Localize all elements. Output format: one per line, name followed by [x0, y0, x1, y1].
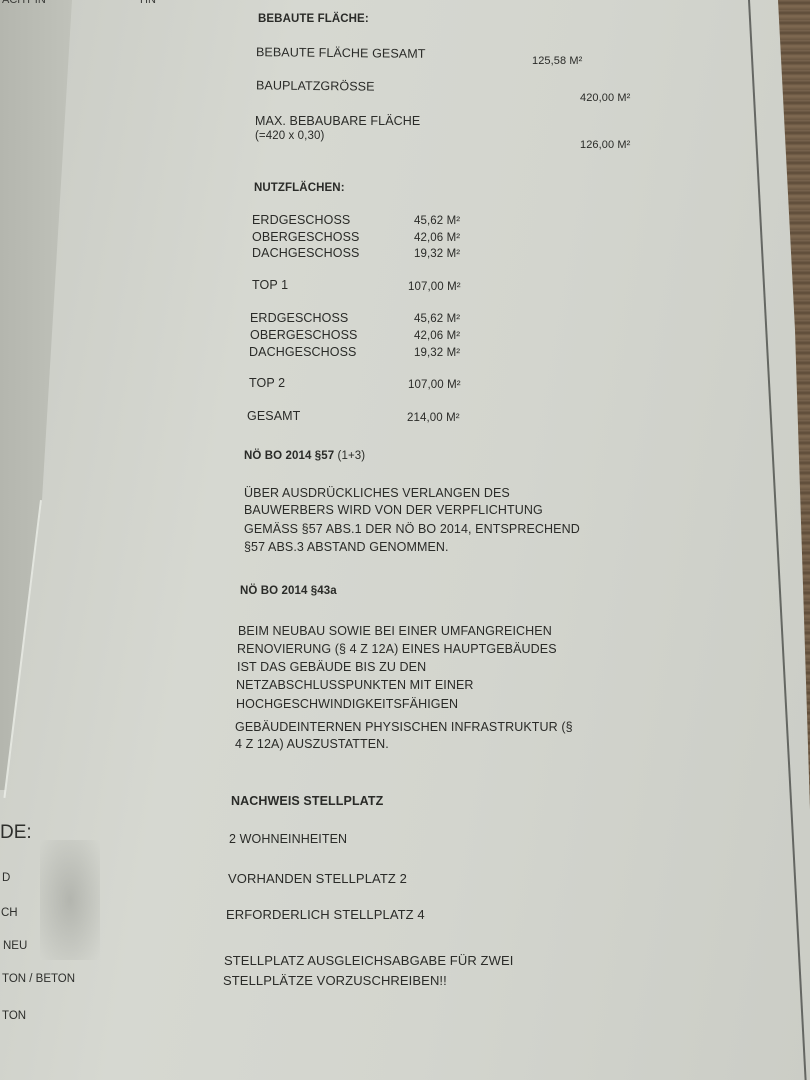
paragraph-line: BEIM NEUBAU SOWIE BEI EINER UMFANGREICHE… — [238, 624, 552, 638]
total-value: 107,00 M² — [408, 281, 461, 293]
paragraph-line: GEBÄUDEINTERNEN PHYSISCHEN INFRASTRUKTUR… — [235, 720, 573, 734]
paragraph-line: BAUWERBERS WIRD VON DER VERPFLICHTUNG — [244, 503, 543, 517]
row-value: 45,62 M² — [414, 215, 460, 227]
left-fragment: TON / BETON — [2, 973, 75, 985]
row-value: 420,00 M² — [580, 92, 630, 104]
section-heading: NUTZFLÄCHEN: — [254, 182, 345, 194]
paragraph-line: HOCHGESCHWINDIGKEITSFÄHIGEN — [236, 697, 458, 711]
left-fragment: D — [2, 872, 10, 884]
stellplatz-note-line: STELLPLÄTZE VORZUSCHREIBEN!! — [223, 973, 447, 988]
paragraph-line: §57 ABS.3 ABSTAND GENOMMEN. — [244, 540, 449, 554]
stellplatz-item: 2 WOHNEINHEITEN — [229, 832, 347, 846]
row-label: BAUPLATZGRÖSSE — [256, 78, 375, 93]
total-label: TOP 2 — [249, 376, 285, 390]
section-heading: NÖ BO 2014 §57 (1+3) — [244, 450, 365, 462]
row-label: BEBAUTE FLÄCHE GESAMT — [256, 45, 426, 61]
paragraph-line: IST DAS GEBÄUDE BIS ZU DEN — [237, 660, 426, 674]
row-label: ERDGESCHOSS — [250, 311, 348, 325]
heading-bold: NÖ BO 2014 §57 — [244, 450, 334, 462]
row-label: ERDGESCHOSS — [252, 213, 350, 227]
paragraph-line: RENOVIERUNG (§ 4 Z 12A) EINES HAUPTGEBÄU… — [237, 642, 557, 656]
row-label: DACHGESCHOSS — [252, 246, 359, 260]
left-fragment: TON — [2, 1010, 26, 1022]
row-sublabel: (=420 x 0,30) — [255, 130, 324, 142]
row-value: 125,58 M² — [532, 55, 582, 67]
heading-suffix: (1+3) — [334, 450, 365, 462]
paragraph-line: ÜBER AUSDRÜCKLICHES VERLANGEN DES — [244, 486, 510, 500]
top-cut-fragment: ACHT IN — [2, 0, 46, 6]
section-heading: BEBAUTE FLÄCHE: — [258, 13, 369, 25]
row-value: 42,06 M² — [414, 330, 460, 342]
row-value: 42,06 M² — [414, 232, 460, 244]
paragraph-line: 4 Z 12A) AUSZUSTATTEN. — [235, 737, 389, 751]
stellplatz-note-line: STELLPLATZ AUSGLEICHSABGABE FÜR ZWEI — [224, 953, 513, 968]
row-label: DACHGESCHOSS — [249, 345, 356, 359]
row-value: 126,00 M² — [580, 139, 630, 151]
row-value: 19,32 M² — [414, 248, 460, 260]
total-value: 107,00 M² — [408, 379, 461, 391]
top-cut-fragment: HN — [140, 0, 156, 6]
left-fragment: NEU — [3, 940, 27, 952]
row-label: OBERGESCHOSS — [252, 230, 359, 244]
section-heading: NACHWEIS STELLPLATZ — [231, 794, 383, 808]
row-value: 45,62 M² — [414, 313, 460, 325]
left-fragment: CH — [1, 907, 18, 919]
paragraph-line: NETZABSCHLUSSPUNKTEN MIT EINER — [236, 678, 474, 692]
row-label: MAX. BEBAUBARE FLÄCHE — [255, 114, 420, 128]
paragraph-line: GEMÄSS §57 ABS.1 DER NÖ BO 2014, ENTSPRE… — [244, 522, 580, 536]
stellplatz-item: ERFORDERLICH STELLPLATZ 4 — [226, 907, 425, 922]
total-label: TOP 1 — [252, 278, 288, 292]
row-value: 19,32 M² — [414, 347, 460, 359]
row-label: OBERGESCHOSS — [250, 328, 357, 342]
page-shadow — [40, 840, 100, 960]
stellplatz-item: VORHANDEN STELLPLATZ 2 — [228, 871, 407, 886]
section-heading: NÖ BO 2014 §43a — [240, 585, 337, 597]
gesamt-value: 214,00 M² — [407, 412, 460, 424]
gesamt-label: GESAMT — [247, 409, 300, 423]
left-fragment: DE: — [0, 822, 32, 844]
